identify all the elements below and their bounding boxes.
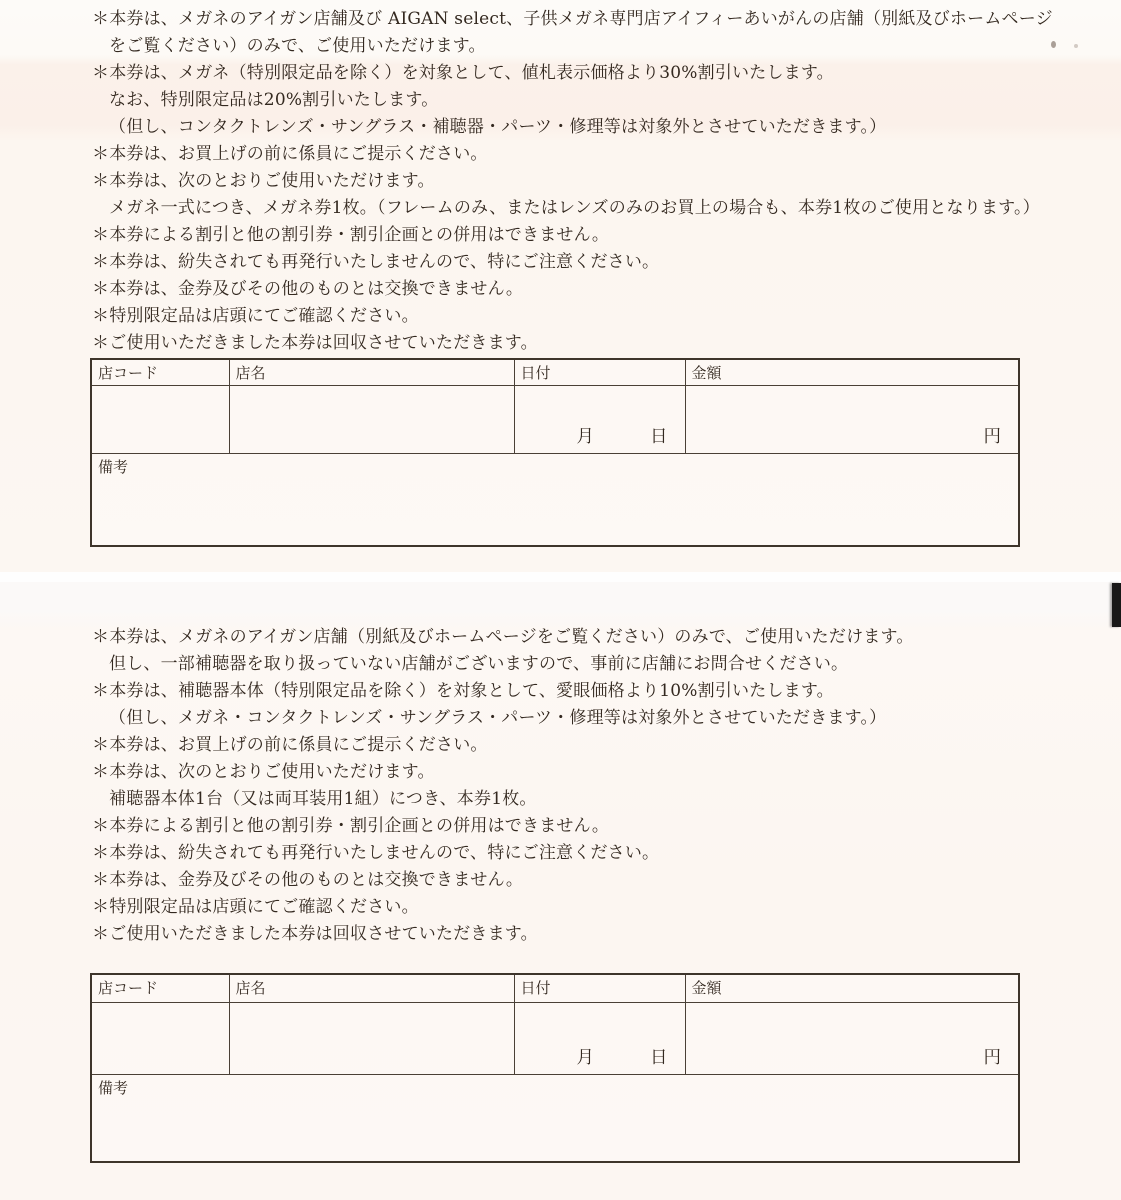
- date-header: 日付: [514, 974, 685, 1003]
- term-line: なお、特別限定品は20%割引いたします。: [92, 87, 1101, 114]
- hearing-aid-terms-list: ＊本券は、メガネのアイガン店舗（別紙及びホームページをご覧ください）のみで、ご使…: [92, 624, 1101, 948]
- month-label: 月: [577, 1044, 595, 1069]
- store-name-header: 店名: [229, 359, 514, 386]
- store-code-cell: [91, 386, 229, 454]
- term-line: ＊本券は、メガネ（特別限定品を除く）を対象として、値札表示価格より30%割引いた…: [92, 60, 1101, 87]
- term-line: ＊ご使用いただきました本券は回収させていただきます。: [92, 921, 1101, 948]
- term-line: 補聴器本体1台（又は両耳装用1組）につき、本券1枚。: [92, 786, 1101, 813]
- term-line: をご覧ください）のみで、ご使用いただけます。: [92, 33, 1101, 60]
- amount-header: 金額: [685, 974, 1019, 1003]
- date-cell: 月 日: [514, 1003, 685, 1075]
- term-line: ＊本券は、メガネのアイガン店舗（別紙及びホームページをご覧ください）のみで、ご使…: [92, 624, 1101, 651]
- term-line: ＊本券は、次のとおりご使用いただけます。: [92, 168, 1101, 195]
- term-line: 但し、一部補聴器を取り扱っていない店舗がございますので、事前に店舗にお問合せくだ…: [92, 651, 1101, 678]
- store-code-header: 店コード: [91, 974, 229, 1003]
- glasses-usage-table: 店コード 店名 日付 金額 月 日 円: [90, 358, 1020, 547]
- amount-cell: 円: [685, 386, 1019, 454]
- term-line: ＊本券は、補聴器本体（特別限定品を除く）を対象として、愛眼価格より10%割引いた…: [92, 678, 1101, 705]
- notes-cell: 備考: [91, 454, 1019, 547]
- term-line: （但し、コンタクトレンズ・サングラス・補聴器・パーツ・修理等は対象外とさせていた…: [92, 114, 1101, 141]
- notes-label: 備考: [98, 1079, 128, 1097]
- hearing-aid-usage-table: 店コード 店名 日付 金額 月 日 円: [90, 973, 1020, 1163]
- term-line: ＊特別限定品は店頭にてご確認ください。: [92, 894, 1101, 921]
- store-name-cell: [229, 386, 514, 454]
- term-line: （但し、メガネ・コンタクトレンズ・サングラス・パーツ・修理等は対象外とさせていた…: [92, 705, 1101, 732]
- glasses-terms-list: ＊本券は、メガネのアイガン店舗及び AIGAN select、子供メガネ専門店ア…: [92, 6, 1101, 357]
- store-name-header: 店名: [229, 974, 514, 1003]
- term-line: ＊本券は、紛失されても再発行いたしませんので、特にご注意ください。: [92, 840, 1101, 867]
- term-line: ＊特別限定品は店頭にてご確認ください。: [92, 303, 1101, 330]
- term-line: ＊ご使用いただきました本券は回収させていただきます。: [92, 330, 1101, 357]
- notes-cell: 備考: [91, 1075, 1019, 1163]
- notes-label: 備考: [98, 458, 128, 476]
- term-line: ＊本券は、金券及びその他のものとは交換できません。: [92, 276, 1101, 303]
- day-label: 日: [650, 423, 668, 448]
- scanned-coupon-sheet: ＊本券は、メガネのアイガン店舗及び AIGAN select、子供メガネ専門店ア…: [0, 0, 1121, 1200]
- term-line: ＊本券は、次のとおりご使用いただけます。: [92, 759, 1101, 786]
- scan-edge-mark: [1112, 583, 1121, 627]
- date-cell: 月 日: [514, 386, 685, 454]
- amount-cell: 円: [685, 1003, 1019, 1075]
- day-label: 日: [650, 1044, 668, 1069]
- yen-label: 円: [984, 423, 1002, 448]
- term-line: ＊本券は、金券及びその他のものとは交換できません。: [92, 867, 1101, 894]
- term-line: ＊本券は、メガネのアイガン店舗及び AIGAN select、子供メガネ専門店ア…: [92, 6, 1101, 33]
- term-line: ＊本券は、お買上げの前に係員にご提示ください。: [92, 141, 1101, 168]
- term-line: ＊本券による割引と他の割引券・割引企画との併用はできません。: [92, 222, 1101, 249]
- term-line: ＊本券による割引と他の割引券・割引企画との併用はできません。: [92, 813, 1101, 840]
- date-header: 日付: [514, 359, 685, 386]
- amount-header: 金額: [685, 359, 1019, 386]
- store-code-header: 店コード: [91, 359, 229, 386]
- page-divider: [0, 572, 1121, 582]
- store-code-cell: [91, 1003, 229, 1075]
- term-line: ＊本券は、お買上げの前に係員にご提示ください。: [92, 732, 1101, 759]
- term-line: ＊本券は、紛失されても再発行いたしませんので、特にご注意ください。: [92, 249, 1101, 276]
- month-label: 月: [577, 423, 595, 448]
- term-line: メガネ一式につき、メガネ券1枚。（フレームのみ、またはレンズのみのお買上の場合も…: [92, 195, 1101, 222]
- store-name-cell: [229, 1003, 514, 1075]
- yen-label: 円: [984, 1044, 1002, 1069]
